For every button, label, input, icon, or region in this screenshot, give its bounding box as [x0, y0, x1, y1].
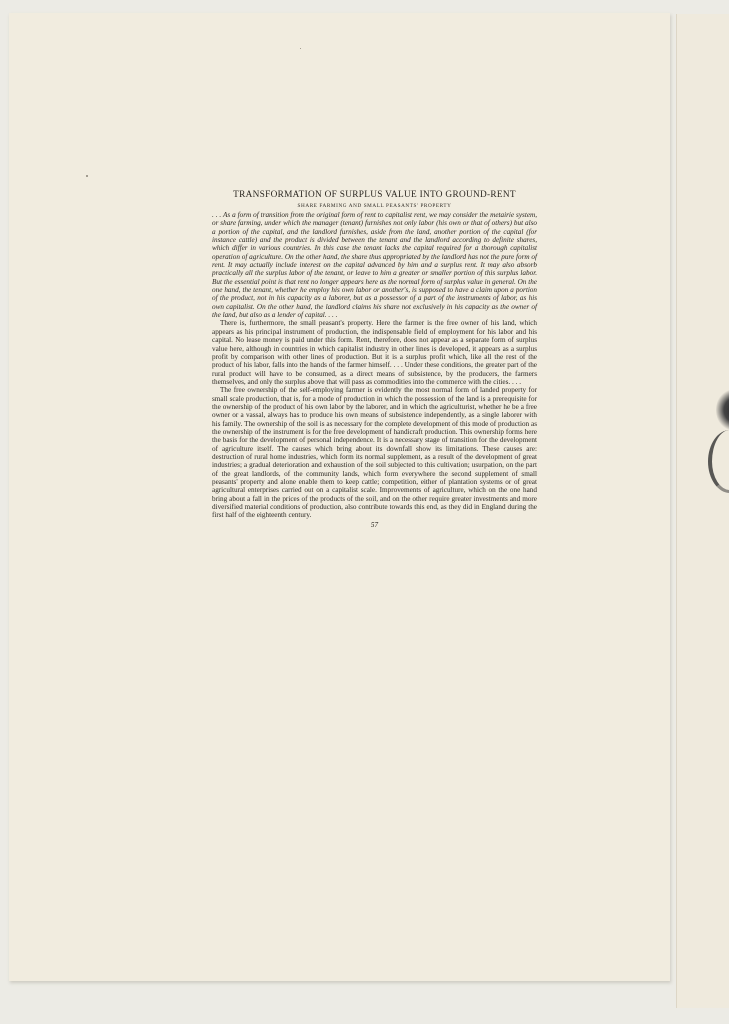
quoted-paragraph: . . . As a form of transition from the o… — [212, 211, 537, 319]
body-paragraph: There is, furthermore, the small peasant… — [212, 319, 537, 386]
facing-page-edge — [676, 14, 729, 1008]
article-text-block: TRANSFORMATION OF SURPLUS VALUE INTO GRO… — [212, 190, 537, 529]
page-number: 57 — [212, 521, 537, 529]
article-subtitle: SHARE FARMING AND SMALL PEASANTS' PROPER… — [212, 202, 537, 210]
paper-speck — [300, 48, 301, 49]
paper-speck — [86, 175, 88, 177]
body-paragraph: The free ownership of the self-employing… — [212, 386, 537, 520]
article-title: TRANSFORMATION OF SURPLUS VALUE INTO GRO… — [212, 190, 537, 201]
